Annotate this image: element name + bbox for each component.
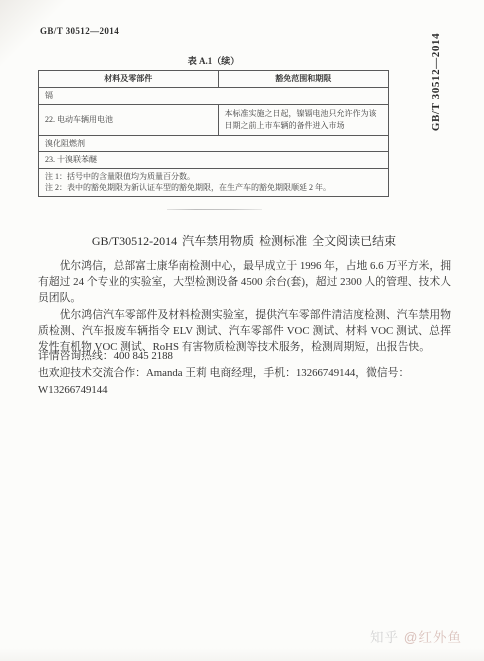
category-cell: 镉 bbox=[39, 88, 389, 105]
notes-cell: 注 1：括号中的含量限值均为质量百分数。 注 2：表中的豁免期限为新认证车型的豁… bbox=[39, 168, 389, 196]
table-note-2: 注 2：表中的豁免期限为新认证车型的豁免期限，在生产车的豁免期限顺延 2 年。 bbox=[45, 182, 382, 194]
cooperation-line: 也欢迎技术交流合作：Amanda 王莉 电商经理，手机：13266749144，… bbox=[38, 365, 458, 399]
hotline-line: 详情咨询热线：400 845 2188 bbox=[38, 348, 458, 365]
article-heading: GB/T30512-2014 汽车禁用物质 检测标准 全文阅读已结束 bbox=[38, 232, 450, 249]
article-body: 优尔鸿信，总部富士康华南检测中心，最早成立于 1996 年，占地 6.6 万平方… bbox=[38, 258, 451, 355]
column-header-materials: 材料及零部件 bbox=[39, 71, 219, 88]
contact-block: 详情咨询热线：400 845 2188 也欢迎技术交流合作：Amanda 王莉 … bbox=[38, 348, 458, 399]
spine-standard-number: GB/T 30512—2014 bbox=[430, 26, 444, 138]
table-row-cadmium: 镉 bbox=[39, 88, 389, 105]
table-caption: 表 A.1（续） bbox=[38, 54, 389, 67]
table-row-battery: 22. 电动车辆用电池 本标准实施之日起，镍镉电池只允许作为该日期之前上市车辆的… bbox=[39, 104, 389, 135]
table-notes-row: 注 1：括号中的含量限值均为质量百分数。 注 2：表中的豁免期限为新认证车型的豁… bbox=[39, 168, 389, 196]
table-header-row: 材料及零部件 豁免范围和期限 bbox=[39, 71, 389, 88]
table-note-1: 注 1：括号中的含量限值均为质量百分数。 bbox=[45, 171, 382, 183]
item-cell: 23. 十溴联苯醚 bbox=[39, 152, 389, 169]
running-header: GB/T 30512—2014 bbox=[40, 26, 119, 36]
exemption-table: 材料及零部件 豁免范围和期限 镉 22. 电动车辆用电池 本标准实施之日起，镍镉… bbox=[38, 70, 389, 197]
category-cell: 溴化阻燃剂 bbox=[39, 135, 389, 152]
table-row-decabde: 23. 十溴联苯醚 bbox=[39, 152, 389, 169]
section-divider bbox=[167, 209, 262, 210]
column-header-exemption: 豁免范围和期限 bbox=[218, 71, 388, 88]
material-cell: 22. 电动车辆用电池 bbox=[39, 104, 219, 135]
paragraph-company-intro: 优尔鸿信，总部富士康华南检测中心，最早成立于 1996 年，占地 6.6 万平方… bbox=[38, 258, 451, 307]
watermark-site-label: 知乎 bbox=[370, 630, 399, 645]
zhihu-watermark: 知乎 @红外鱼 bbox=[370, 626, 462, 646]
watermark-username: @红外鱼 bbox=[404, 630, 462, 645]
exemption-cell: 本标准实施之日起，镍镉电池只允许作为该日期之前上市车辆的备件进入市场 bbox=[218, 104, 388, 135]
table-row-brominated: 溴化阻燃剂 bbox=[39, 135, 389, 152]
